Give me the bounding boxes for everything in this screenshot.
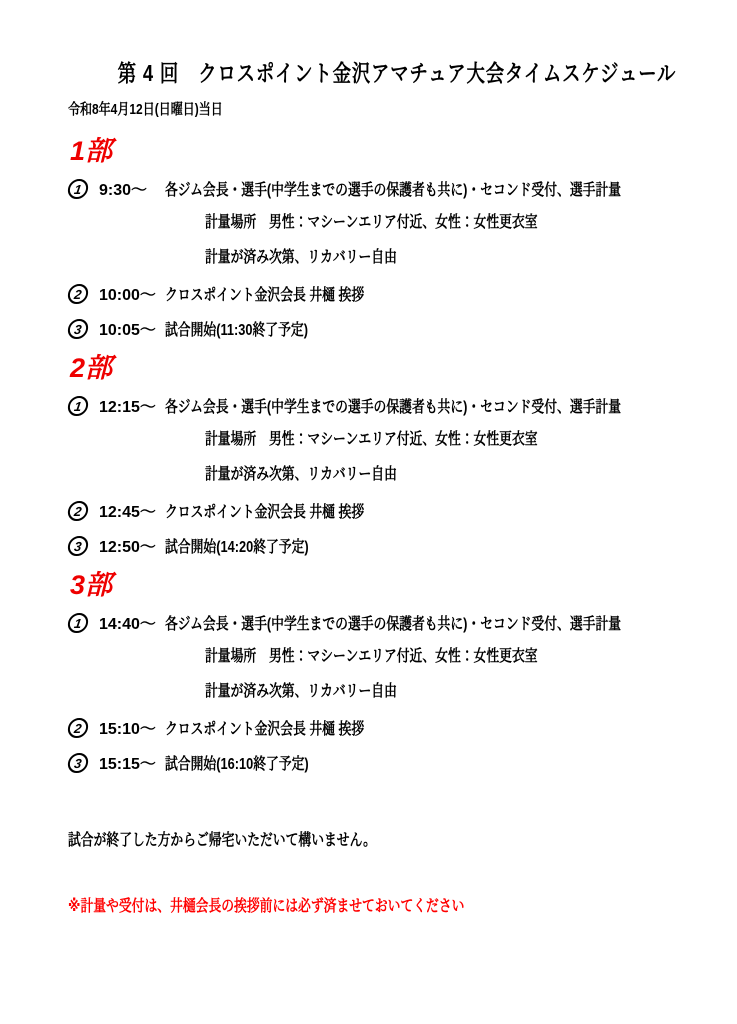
item-text: クロスポイント金沢会長 井樋 挨拶 xyxy=(165,716,364,739)
closing-note: 試合が終了した方からご帰宅いただいて構いません。 xyxy=(68,831,701,851)
circled-number-text: 2 xyxy=(73,721,82,734)
circled-number-icon: 2 xyxy=(67,718,90,738)
item-subline: 計量が済み次第、リカバリー自由 xyxy=(205,248,701,268)
item-subline-text: 計量が済み次第、リカバリー自由 xyxy=(205,465,397,485)
item-subline-text: 計量が済み次第、リカバリー自由 xyxy=(205,248,397,268)
item-subline: 計量が済み次第、リカバリー自由 xyxy=(205,682,701,702)
warning-note: ※計量や受付は、井樋会長の挨拶前には必ず済ませておいてください xyxy=(68,897,701,917)
schedule-item: 2 10:00～ クロスポイント金沢会長 井樋 挨拶 xyxy=(68,283,701,304)
schedule-item: 2 15:10～ クロスポイント金沢会長 井樋 挨拶 xyxy=(68,717,701,738)
title-row: 第 4 回 クロスポイント金沢アマチュア大会タイムスケジュール xyxy=(48,60,701,86)
date-line: 令和8年4月12日(日曜日)当日 xyxy=(68,101,223,119)
section-part-1: 1部 1 9:30～ 各ジム会長・選手(中学生までの選手の保護者も共に)・セコン… xyxy=(68,136,701,339)
section-part-2: 2部 1 12:15～ 各ジム会長・選手(中学生までの選手の保護者も共に)・セコ… xyxy=(68,353,701,556)
item-text: 各ジム会長・選手(中学生までの選手の保護者も共に)・セコンド受付、選手計量 xyxy=(165,177,621,200)
item-text: 各ジム会長・選手(中学生までの選手の保護者も共に)・セコンド受付、選手計量 xyxy=(165,394,621,417)
circled-number-text: 1 xyxy=(73,616,82,629)
item-subline: 計量が済み次第、リカバリー自由 xyxy=(205,465,701,485)
page-title: 第 4 回 クロスポイント金沢アマチュア大会タイムスケジュール xyxy=(118,60,676,86)
item-time: 15:10～ xyxy=(99,716,165,739)
circled-number-icon: 2 xyxy=(67,284,90,304)
item-subline-text: 計量場所 男性：マシーンエリア付近、女性：女性更衣室 xyxy=(205,647,538,667)
circled-number-text: 1 xyxy=(73,399,82,412)
item-subline: 計量場所 男性：マシーンエリア付近、女性：女性更衣室 xyxy=(205,430,701,450)
circled-number-icon: 1 xyxy=(67,613,90,633)
item-text: 各ジム会長・選手(中学生までの選手の保護者も共に)・セコンド受付、選手計量 xyxy=(165,611,621,634)
schedule-item: 3 15:15～ 試合開始(16:10終了予定) xyxy=(68,752,701,773)
item-time: 10:05～ xyxy=(99,317,165,340)
item-subline-text: 計量が済み次第、リカバリー自由 xyxy=(205,682,397,702)
circled-number-text: 3 xyxy=(73,756,82,769)
item-text: 試合開始(11:30終了予定) xyxy=(165,317,308,340)
circled-number-icon: 3 xyxy=(67,753,90,773)
circled-number-text: 3 xyxy=(73,539,82,552)
schedule-item: 1 12:15～ 各ジム会長・選手(中学生までの選手の保護者も共に)・セコンド受… xyxy=(68,395,701,416)
circled-number-text: 3 xyxy=(73,322,82,335)
circled-number-text: 2 xyxy=(73,287,82,300)
circled-number-text: 2 xyxy=(73,504,82,517)
closing-note-text: 試合が終了した方からご帰宅いただいて構いません。 xyxy=(68,831,376,851)
section-heading: 1部 xyxy=(70,136,701,166)
section-heading: 2部 xyxy=(70,353,701,383)
warning-note-text: ※計量や受付は、井樋会長の挨拶前には必ず済ませておいてください xyxy=(68,897,464,917)
schedule-item: 1 14:40～ 各ジム会長・選手(中学生までの選手の保護者も共に)・セコンド受… xyxy=(68,612,701,633)
item-time: 14:40～ xyxy=(99,611,165,634)
circled-number-text: 1 xyxy=(73,182,82,195)
circled-number-icon: 3 xyxy=(67,536,90,556)
item-subline-text: 計量場所 男性：マシーンエリア付近、女性：女性更衣室 xyxy=(205,213,538,233)
item-subline: 計量場所 男性：マシーンエリア付近、女性：女性更衣室 xyxy=(205,213,701,233)
item-time: 10:00～ xyxy=(99,282,165,305)
section-heading: 3部 xyxy=(70,570,701,600)
circled-number-icon: 2 xyxy=(67,501,90,521)
item-text: 試合開始(16:10終了予定) xyxy=(165,751,309,774)
item-time: 12:50～ xyxy=(99,534,165,557)
item-subline-text: 計量場所 男性：マシーンエリア付近、女性：女性更衣室 xyxy=(205,430,538,450)
circled-number-icon: 3 xyxy=(67,319,90,339)
section-part-3: 3部 1 14:40～ 各ジム会長・選手(中学生までの選手の保護者も共に)・セコ… xyxy=(68,570,701,773)
item-text: クロスポイント金沢会長 井樋 挨拶 xyxy=(165,499,364,522)
schedule-item: 3 10:05～ 試合開始(11:30終了予定) xyxy=(68,318,701,339)
schedule-page: 第 4 回 クロスポイント金沢アマチュア大会タイムスケジュール 令和8年4月12… xyxy=(0,0,737,1024)
item-subline: 計量場所 男性：マシーンエリア付近、女性：女性更衣室 xyxy=(205,647,701,667)
circled-number-icon: 1 xyxy=(67,179,90,199)
item-text: クロスポイント金沢会長 井樋 挨拶 xyxy=(165,282,364,305)
item-time: 15:15～ xyxy=(99,751,165,774)
item-time: 12:15～ xyxy=(99,394,165,417)
circled-number-icon: 1 xyxy=(67,396,90,416)
item-time: 12:45～ xyxy=(99,499,165,522)
schedule-item: 2 12:45～ クロスポイント金沢会長 井樋 挨拶 xyxy=(68,500,701,521)
schedule-item: 3 12:50～ 試合開始(14:20終了予定) xyxy=(68,535,701,556)
item-time: 9:30～ xyxy=(99,177,165,200)
schedule-item: 1 9:30～ 各ジム会長・選手(中学生までの選手の保護者も共に)・セコンド受付… xyxy=(68,178,701,199)
item-text: 試合開始(14:20終了予定) xyxy=(165,534,309,557)
